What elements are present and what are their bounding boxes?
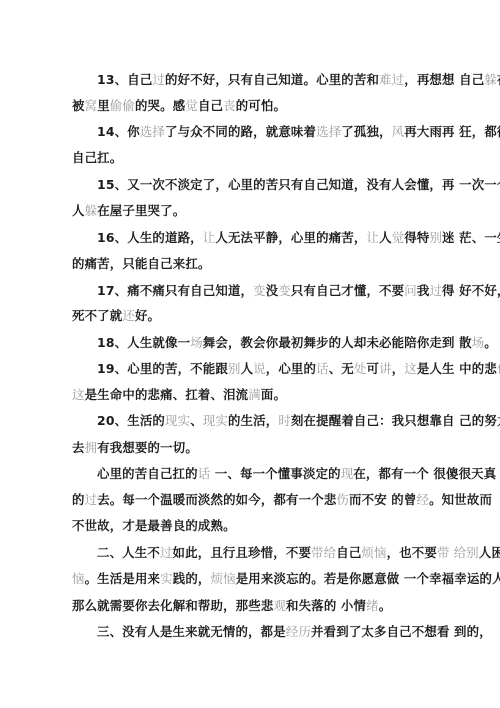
grey-text-segment: 过 [152, 72, 165, 87]
text-segment: 自己 [198, 98, 223, 113]
grey-text-segment: 这 [72, 387, 85, 402]
text-segment: 人困 [479, 545, 500, 560]
grey-text-segment: 风 [392, 124, 405, 139]
grey-text-segment: 丧 [223, 98, 236, 113]
text-segment: 再大雨再 狂，都得 [404, 124, 500, 139]
grey-text-segment: 觉 [185, 98, 198, 113]
grey-text-segment: 别 [228, 361, 241, 376]
text-segment: 得特 [404, 230, 429, 245]
text-segment: 16、人生的道路， [97, 230, 203, 245]
text-segment: 被 [72, 98, 85, 113]
text-segment: 和失落的 小情 [286, 598, 366, 613]
text-segment: 人无法平静，心里的痛苦， [215, 230, 366, 245]
text-line: 去拥有我想要的一切。 [72, 440, 428, 456]
grey-text-segment: 烦恼 [361, 545, 386, 560]
text-segment: 并看到了太多自己不想看 到的， [311, 624, 492, 639]
grey-text-segment: 伤 [336, 492, 349, 507]
text-segment: 如此，且行且珍惜，不要 [173, 545, 312, 560]
text-line: 16、人生的道路，让人无法平静，心里的痛苦，让人觉得特别迷 茫、一生 [97, 230, 428, 246]
text-segment: 。 [484, 335, 497, 350]
text-segment: 13、自己 [97, 72, 152, 87]
text-segment: 没 [266, 283, 279, 298]
text-segment: 去 [72, 440, 85, 455]
grey-text-segment: 选择 [140, 124, 165, 139]
grey-text-segment: 过 [429, 283, 442, 298]
text-line: 19、心里的苦，不能跟别人说，心里的话、无处可讲，这是人生 中的悲伤， [97, 361, 428, 377]
text-segment: 了孤独， [341, 124, 391, 139]
text-line: 13、自己过的好不好，只有自己知道。心里的苦和难过，再想想 自己躲在 [97, 72, 428, 88]
text-line: 死不了就还好。 [72, 308, 428, 324]
text-line: 的痛苦，只能自己来扛。 [72, 256, 428, 272]
text-segment: 自己扛。 [72, 150, 122, 165]
document-page: 13、自己过的好不好，只有自己知道。心里的苦和难过，再想想 自己躲在被窝里偷偷的… [0, 0, 500, 708]
text-segment: 践的， [173, 571, 211, 586]
grey-text-segment: 变 [253, 283, 266, 298]
text-segment: 面。 [261, 387, 286, 402]
text-segment: 是生命中的悲痛、扛着、泪流 [85, 387, 249, 402]
text-segment: 刻在提醒着自己：我只想靠自 己的努力、 [291, 413, 500, 428]
text-segment: 迷 茫、一生 [442, 230, 500, 245]
text-segment: 三、没有人是生来就无情的，都是 [97, 624, 286, 639]
text-line: 心里的苦自己扛的话 一、每一个懂事淡定的现在，都有一个 很傻很天真 [97, 466, 428, 482]
grey-text-segment: 实 [160, 571, 173, 586]
text-segment: 19、心里的苦，不能跟 [97, 361, 228, 376]
text-line: 那么就需要你去化解和帮助，那些悲观和失落的 小情绪。 [72, 598, 428, 614]
grey-text-segment: 觉 [392, 230, 405, 245]
text-segment: 在屋子里哭了。 [97, 203, 185, 218]
text-segment: 是用来淡忘的。若是你愿意做 一个幸福幸运的人， [236, 571, 500, 586]
text-segment: 、无 [329, 361, 354, 376]
text-segment: 二、人生不 [97, 545, 160, 560]
text-segment: 15、又一次不淡定了，心里的苦只有自己知道，没有人会懂，再 一次一个 [97, 177, 500, 192]
grey-text-segment: 带 给别 [437, 545, 479, 560]
text-segment: 、 [190, 413, 203, 428]
grey-text-segment: 绪 [366, 598, 379, 613]
grey-text-segment: 说 [253, 361, 266, 376]
text-segment: 14、你 [97, 124, 140, 139]
text-segment: 去。每一个温暖而淡然的如今，都有一个悲 [97, 492, 336, 507]
grey-text-segment: 变 [278, 283, 291, 298]
text-segment: 一、每一个懂事淡定的 [210, 466, 340, 481]
text-segment: 人 [379, 230, 392, 245]
grey-text-segment: 选择 [316, 124, 341, 139]
grey-text-segment: 难过 [379, 72, 404, 87]
text-segment: 的生活， [228, 413, 278, 428]
grey-text-segment: 别 [429, 230, 442, 245]
grey-text-segment: 躲 [85, 203, 98, 218]
grey-text-segment: 场 [190, 335, 203, 350]
text-line: 这是生命中的悲痛、扛着、泪流满面。 [72, 387, 428, 403]
text-segment: 的 [72, 492, 85, 507]
text-segment: 舞会，教会你最初舞步的人却未必能陪你走到 散 [203, 335, 472, 350]
grey-text-segment: 拥 [85, 440, 98, 455]
text-segment: 18、人生就像一 [97, 335, 190, 350]
grey-text-segment: 现实 [165, 413, 190, 428]
text-segment: 人 [241, 361, 254, 376]
text-line: 自己扛。 [72, 150, 428, 166]
grey-text-segment: 恼 [72, 571, 85, 586]
grey-text-segment: 带给 [311, 545, 336, 560]
text-line: 17、痛不痛只有自己知道，变没变只有自己才懂，不要问我过得 好不好， [97, 283, 428, 299]
grey-text-segment: 躲 [484, 72, 497, 87]
text-segment: 20、生活的 [97, 413, 165, 428]
text-line: 被窝里偷偷的哭。感觉自己丧的可怕。 [72, 98, 428, 114]
text-segment: 而不安 的曾 [349, 492, 416, 507]
grey-text-segment: 这 [404, 361, 417, 376]
text-line: 恼。生活是用来实践的，烦恼是用来淡忘的。若是你愿意做 一个幸福幸运的人， [72, 571, 428, 587]
grey-text-segment: 满 [248, 387, 261, 402]
grey-text-segment: 窝 [85, 98, 98, 113]
text-line: 不世故，才是最善良的成熟。 [72, 518, 428, 534]
grey-text-segment: 让 [366, 230, 379, 245]
text-segment: 人 [72, 203, 85, 218]
text-segment: ，心里的 [266, 361, 316, 376]
text-line: 20、生活的现实、现实的生活，时刻在提醒着自己：我只想靠自 己的努力、 [97, 413, 428, 429]
grey-text-segment: 场 [472, 335, 485, 350]
grey-text-segment: 还 [122, 308, 135, 323]
text-segment: 的好不好，只有自己知道。心里的苦和 [165, 72, 379, 87]
text-segment: 死不了就 [72, 308, 122, 323]
grey-text-segment: 经历 [286, 624, 311, 639]
grey-text-segment: 问 [404, 283, 417, 298]
text-segment: 那么就需要你去化解和帮助，那些悲 [72, 598, 273, 613]
grey-text-segment: 偷偷 [110, 98, 135, 113]
text-segment: 在，都有一个 很傻很天真 [353, 466, 496, 481]
text-segment: 是人生 中的悲 [417, 361, 497, 376]
text-segment: 。生活是用来 [85, 571, 161, 586]
grey-text-segment: 话 [198, 466, 211, 481]
text-segment: 只有自己才懂，不要 [291, 283, 404, 298]
text-segment: 我 [417, 283, 430, 298]
text-line: 的过去。每一个温暖而淡然的如今，都有一个悲伤而不安 的曾经。知世故而 [72, 492, 428, 508]
grey-text-segment: 经 [416, 492, 429, 507]
text-segment: 的可怕。 [236, 98, 286, 113]
text-segment: 里 [97, 98, 110, 113]
grey-text-segment: 时 [278, 413, 291, 428]
text-segment: ，也不要 [387, 545, 437, 560]
text-segment: 自己 [336, 545, 361, 560]
grey-text-segment: 话 [316, 361, 329, 376]
text-segment: 。知世故而 [429, 492, 492, 507]
text-segment: 了与众不同的路，就意味着 [165, 124, 316, 139]
text-segment: 心里的苦自己扛的 [97, 466, 198, 481]
grey-text-segment: 让 [203, 230, 216, 245]
text-segment: 得 好不好， [442, 283, 500, 298]
grey-text-segment: 讲 [379, 361, 392, 376]
text-line: 18、人生就像一场舞会，教会你最初舞步的人却未必能陪你走到 散场。 [97, 335, 428, 351]
text-segment: 的哭。感 [135, 98, 185, 113]
grey-text-segment: 处 [354, 361, 367, 376]
text-line: 人躲在屋子里哭了。 [72, 203, 428, 219]
text-line: 14、你选择了与众不同的路，就意味着选择了孤独，风再大雨再 狂，都得 [97, 124, 428, 140]
text-segment: 不世故，才是最善良的成熟。 [72, 518, 236, 533]
grey-text-segment: 烦恼 [211, 571, 236, 586]
text-segment: 17、痛不痛只有自己知道， [97, 283, 253, 298]
text-line: 二、人生不过如此，且行且珍惜，不要带给自己烦恼，也不要带 给别人困 [97, 545, 428, 561]
grey-text-segment: 现实 [203, 413, 228, 428]
text-line: 三、没有人是生来就无情的，都是经历并看到了太多自己不想看 到的， [97, 624, 428, 640]
grey-text-segment: 过 [160, 545, 173, 560]
text-segment: 。 [379, 598, 392, 613]
text-segment: 可 [367, 361, 380, 376]
text-segment: 有我想要的一切。 [97, 440, 198, 455]
grey-text-segment: 观 [273, 598, 286, 613]
grey-text-segment: 现 [341, 466, 354, 481]
grey-text-segment: 过 [85, 492, 98, 507]
text-line: 15、又一次不淡定了，心里的苦只有自己知道，没有人会懂，再 一次一个 [97, 177, 428, 193]
text-segment: ， [392, 361, 405, 376]
text-segment: 的痛苦，只能自己来扛。 [72, 256, 211, 271]
text-segment: ，再想想 自己 [404, 72, 484, 87]
text-segment: 好。 [135, 308, 160, 323]
